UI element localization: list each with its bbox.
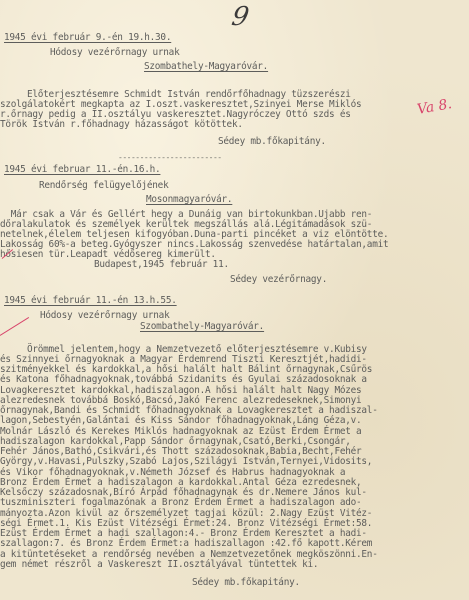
entry-2-place-date: Budapest,1945 február 11. [94, 260, 229, 270]
entry-1-location: Szombathely-Magyaróvár. [144, 62, 268, 72]
entry-1-addressee: Hódosy vezérőrnagy urnak [50, 48, 179, 58]
entry-3-date-line: 1945 évi február 11.-én 13.h.55. [4, 296, 177, 306]
document-page: 9 Va 8. 1945 évi február 9.-én 19.h.30. … [0, 0, 469, 600]
handwritten-page-number: 9 [229, 2, 251, 32]
entry-3-addressee: Hódosy vezérőrnagy urnak [40, 311, 169, 321]
entry-1-signature: Sédey mb.főkapitány. [218, 137, 326, 147]
entry-2-addressee: Rendőrség felügyelőjének [39, 181, 168, 191]
entry-3-body-line: György,v.Havasi,Pulszky,Szabó Lajos,Szil… [0, 457, 372, 467]
entry-3-body-line: és Katona főhadnagyoknak,továbbá Szidani… [0, 375, 367, 385]
handwritten-margin-annotation: Va 8. [416, 96, 453, 118]
red-pencil-mark [0, 317, 29, 336]
entry-2-date-line: 1945 évi februar 11.-én.16.h. [4, 165, 160, 175]
entry-2-signature: Sédey vezérőrnagy. [230, 275, 327, 285]
entry-1-date-line: 1945 évi február 9.-én 19.h.30. [4, 33, 171, 43]
entry-3-location: Szombathely-Magyaróvár. [140, 322, 264, 332]
entry-3-signature: Sédey mb.főkapitány. [192, 578, 300, 588]
entry-1-body-line: Török István r.főhadnagy házasságot kötö… [0, 120, 243, 130]
entry-3-body-line: lagon,Sebestyén,Galántai és Kiss Sándor … [0, 416, 361, 426]
entry-3-body-line: tuszminiszteri fogalmazónak a Bronz Érde… [0, 498, 361, 508]
entry-3-body-line: szallagon:7. és Bronz Érdem Érmet:a hadi… [0, 539, 372, 549]
entry-2-location: Mosonmagyaróvár. [146, 195, 232, 205]
entry-3-body-line: gem német részről a Vaskereszt II.osztál… [0, 560, 318, 570]
section-separator: ------------------------ [118, 154, 222, 162]
